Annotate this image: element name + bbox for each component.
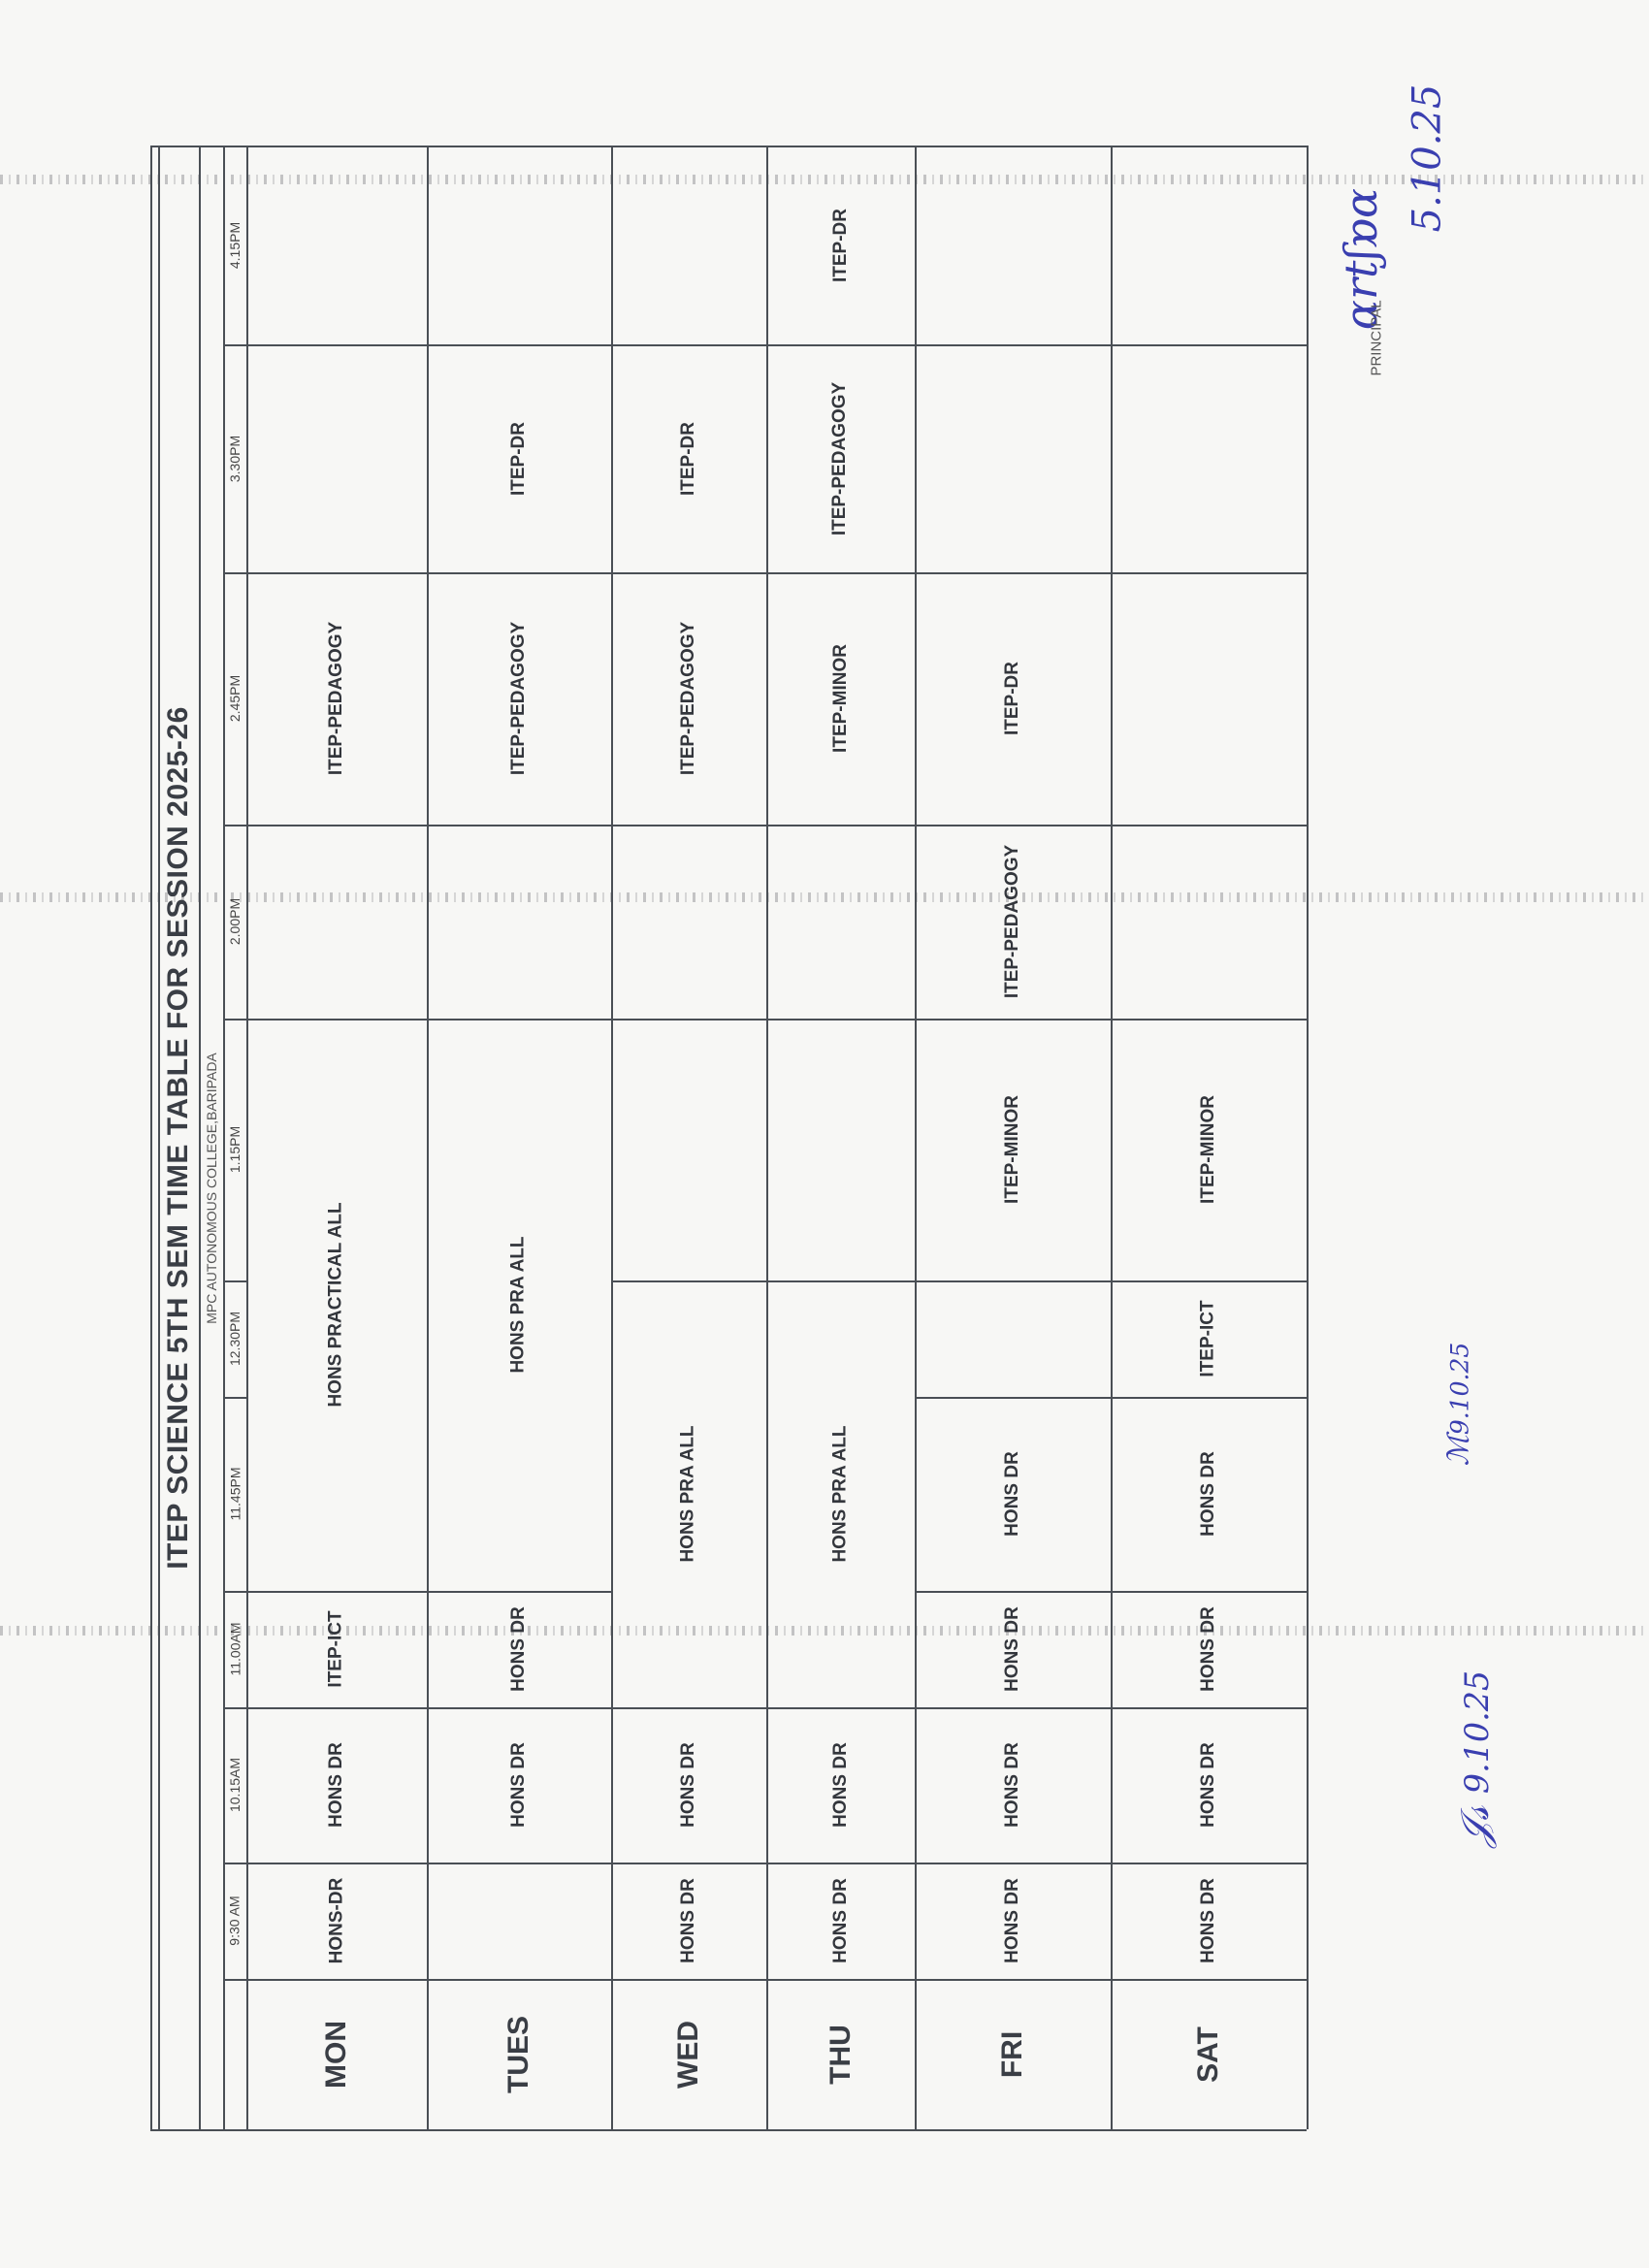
timetable-cell: HONS DR [1111, 1397, 1307, 1591]
timetable-cell [915, 344, 1111, 572]
timetable-cell-text: HONS DR [1198, 1451, 1219, 1537]
timetable-cell: HONS DR [766, 1707, 915, 1863]
timetable-cell: HONS DR [427, 1591, 611, 1707]
timetable-cell-text: HONS DR [508, 1606, 530, 1692]
timetable-cell [1111, 146, 1307, 344]
timetable-cell-text: HONS DR [1002, 1606, 1023, 1692]
timetable-cell-text: HONS DR [508, 1742, 530, 1828]
signature-1-date: 9.10.25 [1458, 1670, 1496, 1794]
time-slot-header-text: 12.30PM [227, 1312, 242, 1366]
time-slot-header: 11.45PM [223, 1397, 246, 1591]
timetable-cell-text: HONS DR [326, 1742, 347, 1828]
timetable-cell: ITEP-ICT [1111, 1280, 1307, 1397]
timetable-cell-text: HONS DR [678, 1878, 699, 1963]
timetable-cell: HONS DR [246, 1707, 427, 1863]
timetable-cell-text: HONS PRACTICAL ALL [326, 1202, 347, 1407]
timetable-cell [915, 1280, 1111, 1397]
timetable-cell [427, 146, 611, 344]
timetable-cell-text: ITEP-DR [1002, 662, 1023, 735]
table-border-bottom [150, 2129, 1307, 2131]
time-slot-header-text: 1.15PM [227, 1126, 242, 1173]
day-label-sat: SAT [1111, 1979, 1307, 2129]
timetable-cell-text: HONS DR [1002, 1451, 1023, 1537]
time-slot-header-text: 2.45PM [227, 675, 242, 722]
timetable-cell-text: ITEP-PEDAGOGY [830, 381, 852, 535]
timetable-cell [611, 825, 766, 1019]
timetable-cell [1111, 572, 1307, 825]
timetable-cell-text: HONS DR [1198, 1878, 1219, 1963]
timetable-cell: HONS PRA ALL [766, 1280, 915, 1707]
principal-signature-date: 5.10.25 [1353, 136, 1502, 180]
timetable-cell: HONS DR [766, 1863, 915, 1979]
timetable-cell: ITEP-DR [766, 146, 915, 344]
timetable-cell-text: HONS DR [1198, 1742, 1219, 1828]
timetable-cell: HONS PRA ALL [427, 1019, 611, 1591]
timetable-cell: HONS DR [611, 1707, 766, 1863]
timetable-cell: ITEP-DR [427, 344, 611, 572]
document-title: ITEP SCIENCE 5TH SEM TIME TABLE FOR SESS… [158, 146, 199, 2129]
timetable-cell: HONS DR [915, 1707, 1111, 1863]
time-slot-header: 4.15PM [223, 146, 246, 344]
time-slot-header: 10.15AM [223, 1707, 246, 1863]
day-label-wed: WED [611, 1979, 766, 2129]
day-label-thu-text: THU [824, 2025, 857, 2085]
timetable-cell-text: HONS PRA ALL [508, 1236, 530, 1373]
timetable-cell: HONS DR [1111, 1863, 1307, 1979]
timetable-cell: HONS PRACTICAL ALL [246, 1019, 427, 1591]
timetable-cell-text: HONS DR [830, 1878, 852, 1963]
timetable-cell-text: ITEP-ICT [326, 1610, 347, 1687]
timetable-cell: HONS DR [1111, 1591, 1307, 1707]
timetable-cell-text: ITEP-DR [508, 422, 530, 496]
day-label-tues: TUES [427, 1979, 611, 2129]
timetable-cell-text: ITEP-PEDAGOGY [678, 622, 699, 775]
timetable-cell-text: ITEP-MINOR [1002, 1095, 1023, 1204]
signature-1: 𝒥𝓈 9.10.25 [1387, 1736, 1564, 1781]
timetable-cell: HONS DR [915, 1397, 1111, 1591]
college-name: MPC AUTONOMOUS COLLEGE,BARIPADA [199, 825, 223, 1552]
day-label-wed-text: WED [672, 2021, 705, 2089]
day-label-fri-text: FRI [996, 2030, 1029, 2077]
timetable-cell: HONS PRA ALL [611, 1280, 766, 1707]
timetable-cell-text: ITEP-PEDAGOGY [508, 622, 530, 775]
time-slot-header: 1.15PM [223, 1019, 246, 1280]
timetable-cell: HONS-DR [246, 1863, 427, 1979]
time-slot-divider [223, 1979, 246, 1981]
timetable-cell: ITEP-PEDAGOGY [427, 572, 611, 825]
timetable-cell: HONS DR [427, 1707, 611, 1863]
time-slot-header-text: 3.30PM [227, 435, 242, 481]
timetable-cell-text: HONS-DR [326, 1878, 347, 1964]
day-label-mon: MON [246, 1979, 427, 2129]
day-label-tues-text: TUES [502, 2015, 535, 2092]
timetable-cell-text: ITEP-ICT [1198, 1300, 1219, 1377]
timetable-cell: ITEP-DR [915, 572, 1111, 825]
timetable-cell: HONS DR [611, 1863, 766, 1979]
timetable-cell [915, 146, 1111, 344]
timetable-cell-text: ITEP-PEDAGOGY [1002, 845, 1023, 998]
day-label-sat-text: SAT [1192, 2026, 1225, 2083]
table-border-right [1307, 146, 1309, 2129]
timetable-cell [246, 825, 427, 1019]
timetable-cell: ITEP-PEDAGOGY [915, 825, 1111, 1019]
time-slot-header: 11.00AM [223, 1591, 246, 1707]
timetable-cell [611, 1019, 766, 1280]
day-label-mon-text: MON [320, 2021, 353, 2089]
timetable-cell-text: ITEP-DR [830, 209, 852, 282]
timetable-cell: ITEP-MINOR [915, 1019, 1111, 1280]
timetable-cell-text: HONS DR [678, 1742, 699, 1828]
time-slot-header: 2.45PM [223, 572, 246, 825]
day-label-thu: THU [766, 1979, 915, 2129]
timetable-cell: ITEP-MINOR [766, 572, 915, 825]
timetable-cell-text: HONS PRA ALL [678, 1425, 699, 1562]
timetable-cell [427, 825, 611, 1019]
timetable-cell-text: ITEP-MINOR [1198, 1095, 1219, 1204]
principal-signature: ɑrtʃɒɑ [1290, 233, 1432, 285]
timetable-cell [427, 1863, 611, 1979]
time-slot-header-text: 9:30 AM [227, 1895, 242, 1945]
timetable-cell-text: HONS DR [1002, 1742, 1023, 1828]
timetable-cell: HONS DR [915, 1863, 1111, 1979]
timetable-cell-text: HONS DR [830, 1742, 852, 1828]
timetable-cell-text: ITEP-PEDAGOGY [326, 622, 347, 775]
timetable-cell: ITEP-ICT [246, 1591, 427, 1707]
signature-2-date: 9.10.25 [1445, 1343, 1473, 1435]
timetable-cell: HONS DR [915, 1591, 1111, 1707]
timetable-cell-text: HONS DR [1198, 1606, 1219, 1692]
timetable-cell [611, 146, 766, 344]
timetable-cell [766, 1019, 915, 1280]
time-slot-header-text: 2.00PM [227, 898, 242, 945]
timetable-cell-text: HONS PRA ALL [830, 1425, 852, 1562]
timetable-cell-text: HONS DR [1002, 1878, 1023, 1963]
timetable-cell: ITEP-PEDAGOGY [766, 344, 915, 572]
signature-2: ℳ9.10.25 [1397, 1387, 1521, 1421]
timetable-cell [246, 344, 427, 572]
time-slot-header-text: 4.15PM [227, 221, 242, 268]
title-text: ITEP SCIENCE 5TH SEM TIME TABLE FOR SESS… [162, 706, 195, 1570]
time-slot-header-text: 11.00AM [227, 1623, 242, 1676]
time-slot-header: 3.30PM [223, 344, 246, 572]
timetable-cell [766, 825, 915, 1019]
timetable-cell-text: ITEP-MINOR [829, 644, 851, 753]
time-slot-header: 12.30PM [223, 1280, 246, 1397]
table-border-left [150, 146, 152, 2129]
time-slot-header-text: 11.45PM [227, 1468, 242, 1521]
timetable-cell: HONS DR [1111, 1707, 1307, 1863]
principal-label: PRINCIPAL [1339, 330, 1414, 346]
day-label-fri: FRI [915, 1979, 1111, 2129]
time-slot-header-text: 10.15AM [227, 1758, 242, 1812]
subtitle-text: MPC AUTONOMOUS COLLEGE,BARIPADA [204, 1053, 219, 1324]
timetable-cell-text: ITEP-DR [678, 422, 699, 496]
principal-label-text: PRINCIPAL [1369, 300, 1385, 375]
time-slot-header: 9:30 AM [223, 1863, 246, 1979]
time-slot-header: 2.00PM [223, 825, 246, 1019]
timetable-cell [246, 146, 427, 344]
timetable-cell: ITEP-PEDAGOGY [246, 572, 427, 825]
timetable-cell [1111, 344, 1307, 572]
timetable-cell: ITEP-PEDAGOGY [611, 572, 766, 825]
timetable-cell: ITEP-MINOR [1111, 1019, 1307, 1280]
timetable-cell [1111, 825, 1307, 1019]
principal-date: 5.10.25 [1405, 84, 1449, 233]
timetable-cell: ITEP-DR [611, 344, 766, 572]
